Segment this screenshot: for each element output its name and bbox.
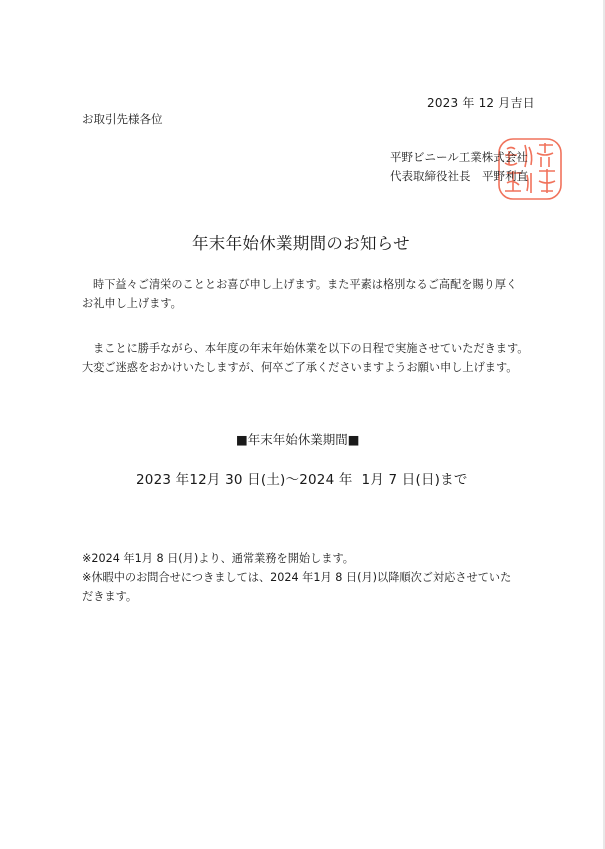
notes-block: ※2024 年1月 8 日(月)より、通常業務を開始します。 ※休暇中のお問合せ…	[82, 549, 511, 606]
paragraph-line: まことに勝手ながら、本年度の年末年始休業を以下の日程で実施させていただきます。	[82, 339, 528, 358]
paragraph-line: お礼申し上げます。	[82, 294, 517, 313]
note-line: ※2024 年1月 8 日(月)より、通常業務を開始します。	[82, 549, 511, 568]
period-heading: ■年末年始休業期間■	[236, 430, 360, 448]
sender-block: 平野ビニール工業株式会社 代表取締役社長 平野利直	[390, 148, 528, 186]
notice-paragraph: まことに勝手ながら、本年度の年末年始休業を以下の日程で実施させていただきます。 …	[82, 339, 528, 377]
sender-representative: 代表取締役社長 平野利直	[390, 167, 528, 186]
period-range: 2023 年12月 30 日(土)～2024 年 1月 7 日(日)まで	[136, 468, 468, 488]
recipient-line: お取引先様各位	[82, 111, 163, 127]
note-line: ※休暇中のお問合せにつきましては、2024 年1月 8 日(月)以降順次ご対応さ…	[82, 568, 511, 587]
paragraph-line: 時下益々ご清栄のこととお喜び申し上げます。また平素は格別なるご高配を賜り厚く	[82, 275, 517, 294]
note-line: だきます。	[82, 587, 511, 606]
sender-company: 平野ビニール工業株式会社	[390, 148, 528, 167]
greeting-paragraph: 時下益々ご清栄のこととお喜び申し上げます。また平素は格別なるご高配を賜り厚く お…	[82, 275, 517, 313]
document-date: 2023 年 12 月吉日	[427, 94, 535, 111]
paragraph-line: 大変ご迷惑をおかけいたしますが、何卒ご了承くださいますようお願い申し上げます。	[82, 358, 528, 377]
document-title: 年末年始休業期間のお知らせ	[192, 230, 410, 254]
